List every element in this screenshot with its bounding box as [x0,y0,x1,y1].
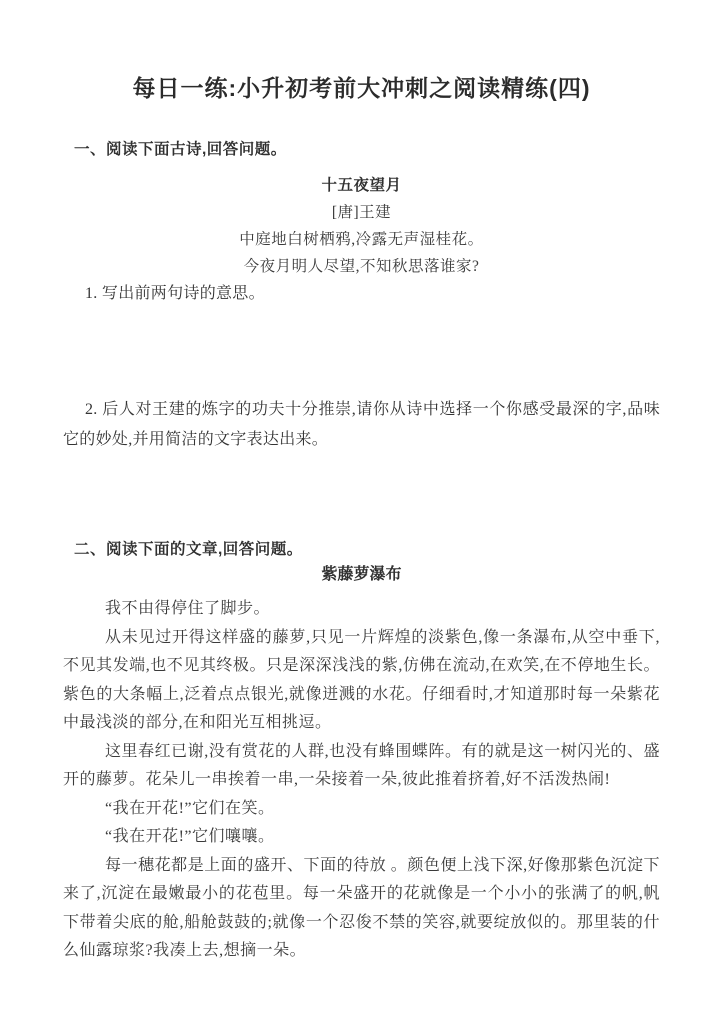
article-title: 紫藤萝瀑布 [63,567,660,583]
article-paragraph: 我不由得停住了脚步。 [63,595,660,624]
article-paragraph: “我在开花!”它们嚷嚷。 [63,823,660,852]
question-1: 1. 写出前两句诗的意思。 [63,280,660,307]
article-paragraph: 每一穗花都是上面的盛开、下面的待放 。颜色便上浅下深,好像那紫色沉淀下来了,沉淀… [63,852,660,966]
article-body: 我不由得停住了脚步。 从未见过开得这样盛的藤萝,只见一片辉煌的淡紫色,像一条瀑布… [63,595,660,966]
document-page: 每日一练:小升初考前大冲刺之阅读精练(四) 一、阅读下面古诗,回答问题。 十五夜… [0,0,724,1024]
poem-author: [唐]王建 [63,199,660,226]
article-paragraph: 这里春红已谢,没有赏花的人群,也没有蜂围蝶阵。有的就是这一树闪光的、盛开的藤萝。… [63,738,660,795]
section-article: 二、阅读下面的文章,回答问题。 紫藤萝瀑布 我不由得停住了脚步。 从未见过开得这… [63,541,660,966]
poem-title: 十五夜望月 [63,172,660,199]
question-2: 2. 后人对王建的炼字的功夫十分推崇,请你从诗中选择一个你感受最深的字,品味它的… [63,395,660,455]
section1-heading: 一、阅读下面古诗,回答问题。 [63,141,660,158]
section-poem: 一、阅读下面古诗,回答问题。 十五夜望月 [唐]王建 中庭地白树栖鸦,冷露无声湿… [63,141,660,455]
poem-line: 今夜月明人尽望,不知秋思落谁家? [63,253,660,280]
article-paragraph: 从未见过开得这样盛的藤萝,只见一片辉煌的淡紫色,像一条瀑布,从空中垂下,不见其发… [63,624,660,738]
poem-line: 中庭地白树栖鸦,冷露无声湿桂花。 [63,226,660,253]
article-paragraph: “我在开花!”它们在笑。 [63,795,660,824]
page-title: 每日一练:小升初考前大冲刺之阅读精练(四) [63,0,660,101]
poem-block: 十五夜望月 [唐]王建 中庭地白树栖鸦,冷露无声湿桂花。 今夜月明人尽望,不知秋… [63,172,660,280]
section2-heading: 二、阅读下面的文章,回答问题。 [63,541,660,558]
